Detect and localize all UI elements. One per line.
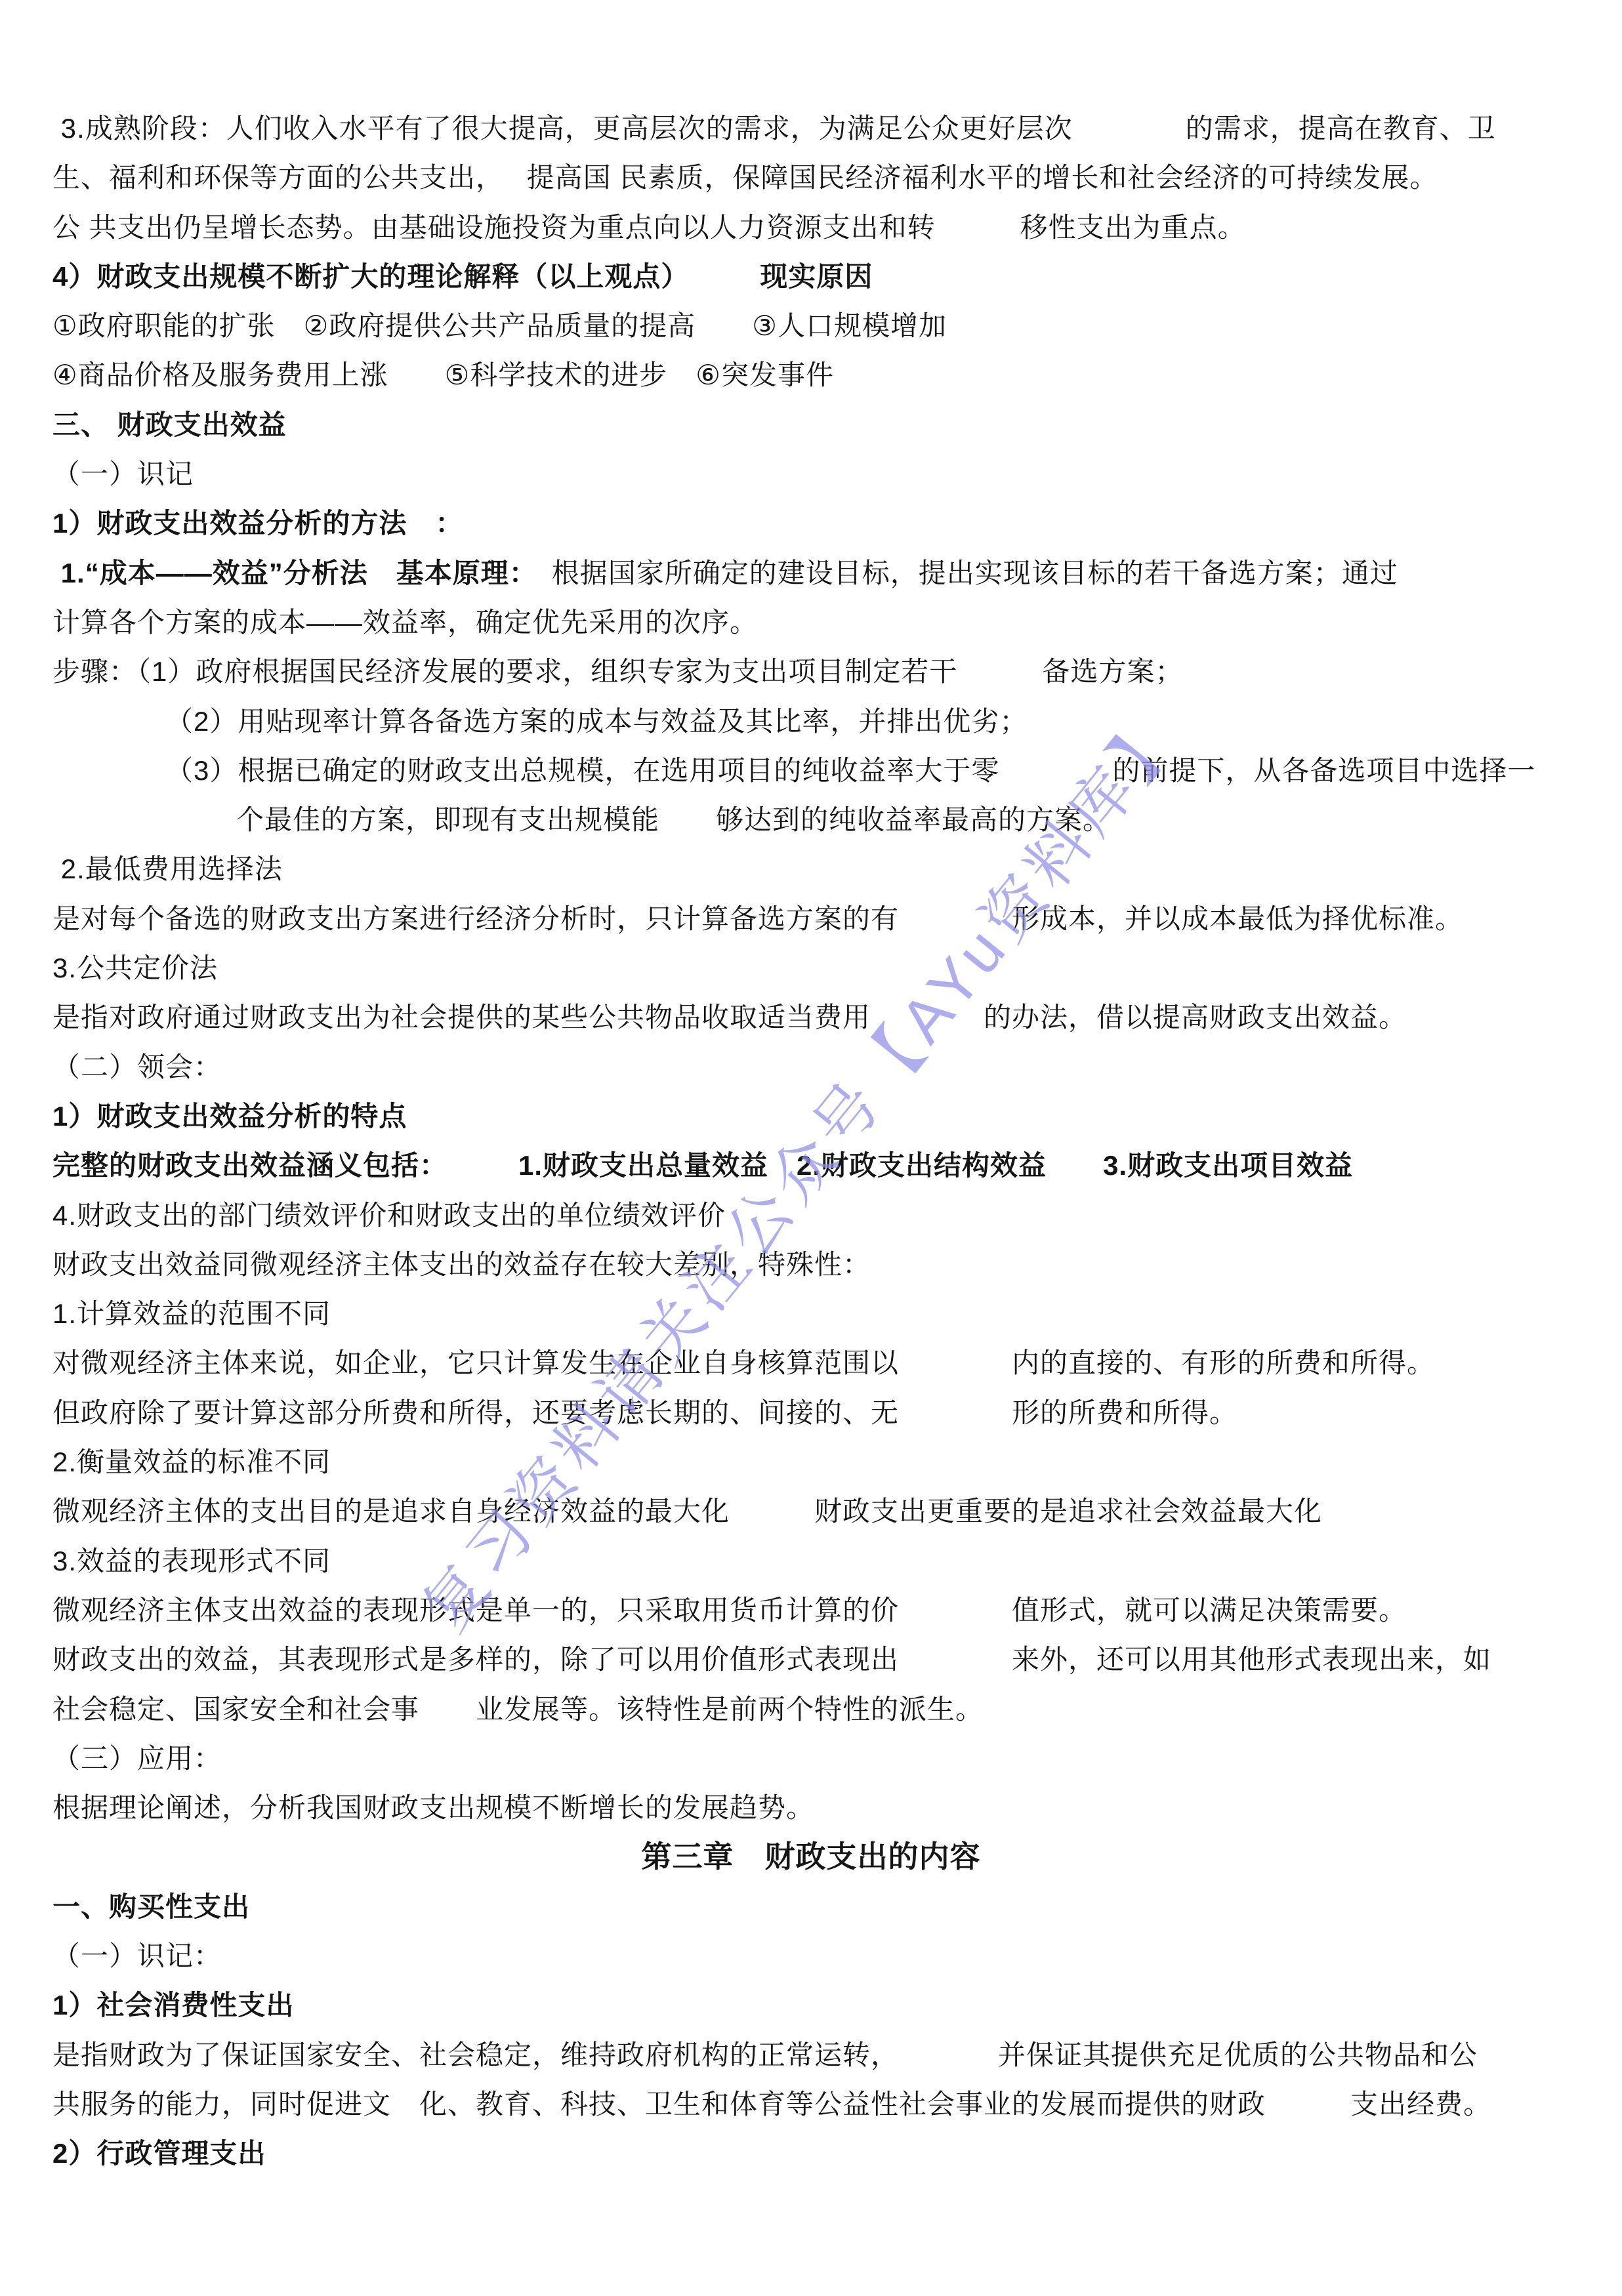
document-page: 3.成熟阶段：人们收入水平有了很大提高，更高层次的需求，为满足公众更好层次 的需… (0, 0, 1622, 2296)
text-line-25: 1.计算效益的范围不同 (52, 1289, 1570, 1338)
text-line-28: 2.衡量效益的标准不同 (52, 1437, 1570, 1486)
text-line-30: 3.效益的表现形式不同 (52, 1536, 1570, 1586)
text-line-16: 2.最低费用选择法 (52, 844, 1570, 893)
text-line-24: 财政支出效益同微观经济主体支出的效益存在较大差别，特殊性： (52, 1240, 1570, 1289)
text-line-14: （3）根据已确定的财政支出总规模，在选用项目的纯收益率大于零 的前提下，从各备选… (52, 746, 1570, 795)
text-line-7: 三、 财政支出效益 (52, 400, 1570, 449)
text-line-42: 2）行政管理支出 (52, 2129, 1570, 2178)
text-line-4: 4）财政支出规模不断扩大的理论解释（以上观点） 现实原因 (52, 252, 1570, 301)
text-line-40: 是指财政为了保证国家安全、社会稳定，维持政府机构的正常运转， 并保证其提供充足优… (52, 2030, 1570, 2080)
text-segment: 1.“成本——效益”分析法 基本原理： (52, 558, 524, 588)
text-line-32: 财政支出的效益，其表现形式是多样的，除了可以用价值形式表现出 来外，还可以用其他… (52, 1635, 1570, 1684)
text-line-17: 是对每个备选的财政支出方案进行经济分析时，只计算备选方案的有 形成本，并以成本最… (52, 894, 1570, 943)
text-line-26: 对微观经济主体来说，如企业，它只计算发生在企业自身核算范围以 内的直接的、有形的… (52, 1338, 1570, 1387)
text-line-39: 1）社会消费性支出 (52, 1980, 1570, 2030)
text-line-13: （2）用贴现率计算各备选方案的成本与效益及其比率，并排出优劣； (52, 697, 1570, 746)
text-line-12: 步骤：（1）政府根据国民经济发展的要求，组织专家为支出项目制定若干 备选方案； (52, 647, 1570, 696)
text-line-22: 完整的财政支出效益涵义包括： 1.财政支出总量效益 2.财政支出结构效益 3.财… (52, 1141, 1570, 1190)
text-line-41: 共服务的能力，同时促进文 化、教育、科技、卫生和体育等公益性社会事业的发展而提供… (52, 2080, 1570, 2129)
text-line-34: （三）应用： (52, 1734, 1570, 1783)
text-line-6: ④商品价格及服务费用上涨 ⑤科学技术的进步 ⑥突发事件 (52, 350, 1570, 400)
text-line-3: 公 共支出仍呈增长态势。由基础设施投资为重点向以人力资源支出和转 移性支出为重点… (52, 203, 1570, 252)
text-line-20: （二）领会： (52, 1042, 1570, 1092)
text-line-37: 一、购买性支出 (52, 1882, 1570, 1931)
text-line-33: 社会稳定、国家安全和社会事 业发展等。该特性是前两个特性的派生。 (52, 1685, 1570, 1734)
text-line-38: （一）识记： (52, 1931, 1570, 1980)
text-line-9: 1）财政支出效益分析的方法 ： (52, 499, 1570, 548)
text-line-5: ①政府职能的扩张 ②政府提供公共产品质量的提高 ③人口规模增加 (52, 301, 1570, 350)
text-line-31: 微观经济主体支出效益的表现形式是单一的，只采取用货币计算的价 值形式，就可以满足… (52, 1586, 1570, 1635)
document-text: 3.成熟阶段：人们收入水平有了很大提高，更高层次的需求，为满足公众更好层次 的需… (52, 104, 1570, 2178)
text-line-11: 计算各个方案的成本——效益率，确定优先采用的次序。 (52, 598, 1570, 647)
text-line-35: 根据理论阐述，分析我国财政支出规模不断增长的发展趋势。 (52, 1783, 1570, 1832)
text-line-27: 但政府除了要计算这部分所费和所得，还要考虑长期的、间接的、无 形的所费和所得。 (52, 1388, 1570, 1437)
text-line-8: （一）识记 (52, 449, 1570, 499)
text-segment: 根据国家所确定的建设目标，提出实现该目标的若干备选方案；通过 (524, 558, 1398, 588)
text-line-36: 第三章 财政支出的内容 (52, 1832, 1570, 1881)
text-line-21: 1）财政支出效益分析的特点 (52, 1092, 1570, 1141)
text-line-18: 3.公共定价法 (52, 943, 1570, 993)
text-line-23: 4.财政支出的部门绩效评价和财政支出的单位绩效评价 (52, 1191, 1570, 1240)
text-line-10: 1.“成本——效益”分析法 基本原理： 根据国家所确定的建设目标，提出实现该目标… (52, 548, 1570, 598)
text-line-1: 3.成熟阶段：人们收入水平有了很大提高，更高层次的需求，为满足公众更好层次 的需… (52, 104, 1570, 153)
text-line-15: 个最佳的方案，即现有支出规模能 够达到的纯收益率最高的方案。 (52, 795, 1570, 844)
text-line-29: 微观经济主体的支出目的是追求自身经济效益的最大化 财政支出更重要的是追求社会效益… (52, 1486, 1570, 1536)
text-line-19: 是指对政府通过财政支出为社会提供的某些公共物品收取适当费用 的办法，借以提高财政… (52, 993, 1570, 1042)
text-line-2: 生、福利和环保等方面的公共支出， 提高国 民素质，保障国民经济福利水平的增长和社… (52, 153, 1570, 202)
